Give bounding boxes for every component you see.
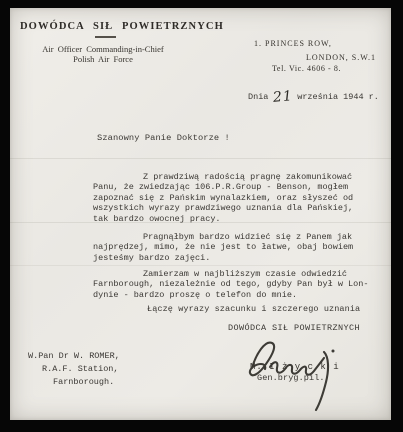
date-prefix: Dnia: [248, 92, 268, 102]
paragraph-line: najprędzej, mimo, że nie jest to łatwe, …: [93, 242, 353, 252]
date-day-handwritten: 21: [273, 88, 294, 106]
paragraph-line: Zamierzam w najbliższym czasie odwiedzić: [93, 269, 368, 279]
address-line-3: Tel. Vic. 4606 - 8.: [272, 64, 341, 73]
date-suffix: września 1944 r.: [297, 92, 379, 102]
org-subtitle-line2: Polish Air Force: [20, 54, 186, 64]
paragraph-line: dynie - bardzo proszę o telefon do mnie.: [93, 290, 368, 300]
paper-crease: [10, 158, 391, 159]
signer-name: M. I ż y c k i: [250, 362, 340, 372]
org-subtitle-line1: Air Officer Commanding-in-Chief: [20, 44, 186, 54]
letterhead-rule: [95, 36, 116, 38]
paragraph-2: Pragnąłbym bardzo widzieć się z Panem ja…: [93, 232, 353, 263]
closing-line: Łączę wyrazy szacunku i szczerego uznani…: [147, 304, 360, 314]
paper-crease: [10, 265, 391, 266]
paragraph-line: jesteśmy bardzo zajęci.: [93, 253, 353, 263]
scanned-letter-frame: DOWÓDCA SIŁ POWIETRZNYCH Air Officer Com…: [0, 0, 403, 432]
recipient-line-1: W.Pan Dr W. ROMER,: [28, 350, 120, 363]
paragraph-3: Zamierzam w najbliższym czasie odwiedzić…: [93, 269, 368, 300]
paragraph-line: Z prawdziwą radością pragnę zakomunikowa…: [93, 172, 353, 182]
recipient-block: W.Pan Dr W. ROMER, R.A.F. Station, Farnb…: [28, 350, 120, 390]
paragraph-line: zapoznać się z Pańskim wynalazkiem, oraz…: [93, 193, 353, 203]
letter-page: DOWÓDCA SIŁ POWIETRZNYCH Air Officer Com…: [10, 8, 391, 420]
date-line: Dnia 21 września 1944 r.: [248, 86, 379, 104]
paragraph-line: Farnborough, niezależnie od tego, gdyby …: [93, 279, 368, 289]
paragraph-line: Panu, że zwiedzając 106.P.R.Group - Bens…: [93, 182, 353, 192]
signer-rank: Gen.bryg.pil.: [257, 373, 325, 383]
recipient-line-3: Farnborough.: [53, 376, 120, 389]
paragraph-1: Z prawdziwą radością pragnę zakomunikowa…: [93, 172, 353, 224]
paragraph-line: tak bardzo owocnej pracy.: [93, 214, 353, 224]
address-line-2: LONDON, S.W.1: [306, 53, 376, 62]
recipient-line-2: R.A.F. Station,: [42, 363, 120, 376]
address-line-1: 1. PRINCES ROW,: [254, 39, 332, 48]
paragraph-line: Pragnąłbym bardzo widzieć się z Panem ja…: [93, 232, 353, 242]
paragraph-line: wszystkich wyrazy prawdziwego uznania dl…: [93, 203, 353, 213]
salutation: Szanowny Panie Doktorze !: [97, 133, 230, 143]
org-title: DOWÓDCA SIŁ POWIETRZNYCH: [20, 21, 186, 32]
